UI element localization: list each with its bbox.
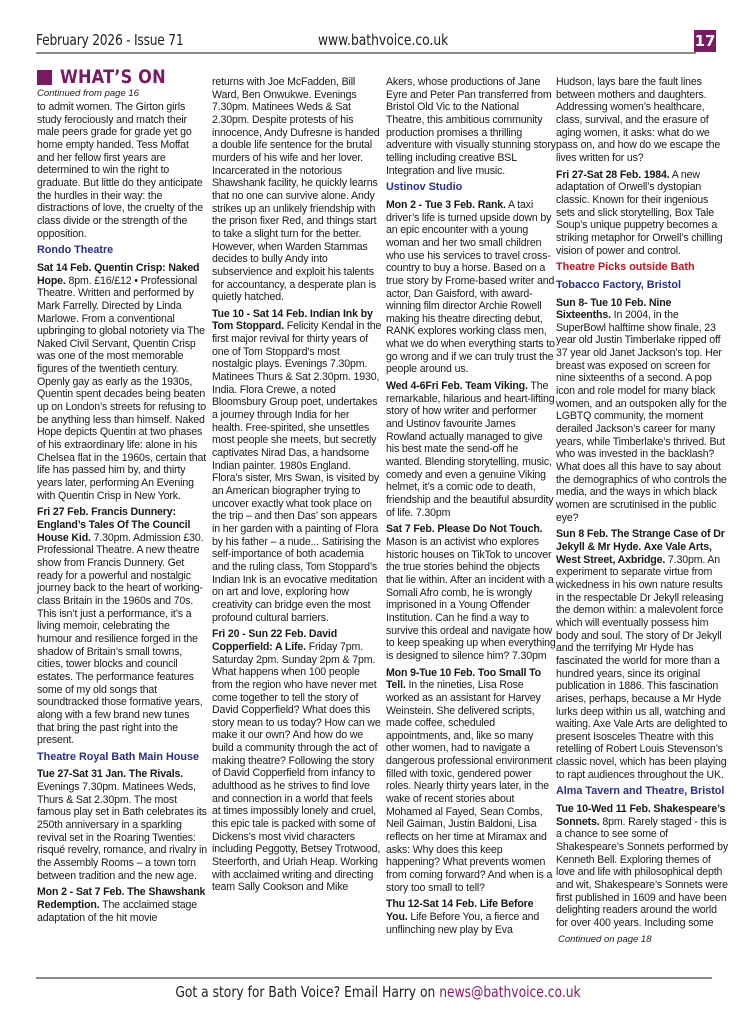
event-listing: Tue 10-Wed 11 Feb. Shakespeare’s Sonnets… — [556, 803, 728, 930]
event-description: In 2004, in the SuperBowl halftime show … — [556, 309, 727, 524]
page-number-badge: 17 — [694, 30, 716, 52]
continued-from-note: Continued from page 16 — [37, 88, 139, 99]
event-listing: Tue 10 - Sat 14 Feb. Indian Ink by Tom S… — [212, 308, 382, 624]
event-listing: Fri 27-Sat 28 Feb. 1984. A new adaptatio… — [556, 169, 728, 258]
subsection-heading: Theatre Picks outside Bath — [556, 261, 728, 274]
event-description: Life Before You, a fierce and unflinchin… — [386, 911, 539, 936]
footer-text: Got a story for Bath Voice? Email Harry … — [91, 983, 665, 1001]
event-listing: Mon 9-Tue 10 Feb. Too Small To Tell. In … — [386, 667, 556, 895]
event-listing: Thu 12-Sat 14 Feb. Life Before You. Life… — [386, 898, 556, 936]
footer-message: Got a story for Bath Voice? Email Harry … — [175, 983, 439, 1001]
event-listing: Sun 8 Feb. The Strange Case of Dr Jekyll… — [556, 528, 728, 781]
event-description: 7.30pm. Admission £30. Professional Thea… — [37, 532, 203, 747]
page-footer: Got a story for Bath Voice? Email Harry … — [28, 977, 728, 1001]
article-text: to admit women. The Girton girls study f… — [37, 101, 207, 240]
issue-label: February 2026 - Issue 71 — [36, 31, 183, 49]
event-listing: Sat 7 Feb. Please Do Not Touch. Mason is… — [386, 523, 556, 662]
continued-on-note: Continued on page 18 — [556, 934, 728, 947]
event-description: Friday 7pm. Saturday 2pm. Sunday 2pm & 7… — [212, 641, 381, 893]
event-description: Mason is an activist who explores histor… — [386, 536, 556, 662]
event-listing: Mon 2 - Tue 3 Feb. Rank. A taxi driver’s… — [386, 199, 556, 376]
article-text: Hudson, lays bare the fault lines betwee… — [556, 76, 728, 165]
event-title: Mon 2 - Tue 3 Feb. Rank. — [386, 199, 506, 211]
event-listing: Wed 4-6Fri Feb. Team Viking. The remarka… — [386, 380, 556, 519]
event-listing: Fri 20 - Sun 22 Feb. David Copperfield: … — [212, 628, 382, 894]
venue-heading: Ustinov Studio — [386, 181, 556, 194]
footer-divider — [36, 977, 712, 979]
event-listing: Sat 14 Feb. Quentin Crisp: Naked Hope. 8… — [37, 262, 207, 502]
header-divider — [36, 52, 696, 54]
event-description: The remarkable, hilarious and heart-lift… — [386, 380, 554, 519]
column-4: Hudson, lays bare the fault lines betwee… — [556, 76, 728, 946]
venue-heading: Tobacco Factory, Bristol — [556, 279, 728, 292]
event-title: Fri 27-Sat 28 Feb. 1984. — [556, 169, 670, 181]
column-2: returns with Joe McFadden, Bill Ward, Be… — [212, 76, 382, 898]
article-text: returns with Joe McFadden, Bill Ward, Be… — [212, 76, 382, 304]
event-listing: Mon 2 - Sat 7 Feb. The Shawshank Redempt… — [37, 886, 207, 924]
event-description: In the nineties, Lisa Rose worked as an … — [386, 679, 552, 894]
event-listing: Tue 27-Sat 31 Jan. The Rivals. Evenings … — [37, 768, 207, 882]
square-bullet-icon — [37, 70, 52, 85]
email-link[interactable]: news@bathvoice.co.uk — [439, 983, 580, 1001]
event-description: Evenings 7.30pm. Matinees Weds, Thurs & … — [37, 781, 207, 882]
event-description: Felicity Kendal in the first major reviv… — [212, 320, 381, 623]
event-description: 8pm. £16/£12 • Professional Theatre. Wri… — [37, 275, 206, 502]
event-description: 7.30pm. An experiment to separate virtue… — [556, 554, 727, 781]
event-title: Sat 7 Feb. Please Do Not Touch. — [386, 523, 542, 535]
event-description: 8pm. Rarely staged - this is a chance to… — [556, 816, 728, 929]
column-1: to admit women. The Girton girls study f… — [37, 101, 207, 928]
event-title: Wed 4-6Fri Feb. Team Viking. — [386, 380, 528, 392]
venue-heading: Rondo Theatre — [37, 244, 207, 257]
event-description: A taxi driver’s life is turned upside do… — [386, 199, 555, 376]
page-header: February 2026 - Issue 71 www.bathvoice.c… — [36, 28, 712, 54]
column-3: Akers, whose productions of Jane Eyre an… — [386, 76, 556, 940]
venue-heading: Theatre Royal Bath Main House — [37, 751, 207, 764]
event-listing: Fri 27 Feb. Francis Dunnery: England’s T… — [37, 506, 207, 746]
section-title-label: WHAT’S ON — [60, 66, 166, 88]
section-title: WHAT’S ON — [37, 66, 184, 88]
article-text: Akers, whose productions of Jane Eyre an… — [386, 76, 556, 177]
website-link[interactable]: www.bathvoice.co.uk — [318, 31, 448, 49]
venue-heading: Alma Tavern and Theatre, Bristol — [556, 785, 728, 798]
event-listing: Sun 8- Tue 10 Feb. Nine Sixteenths. In 2… — [556, 297, 728, 525]
event-title: Tue 27-Sat 31 Jan. The Rivals. — [37, 768, 183, 780]
event-description: A new adaptation of Orwell’s dystopian c… — [556, 169, 722, 257]
